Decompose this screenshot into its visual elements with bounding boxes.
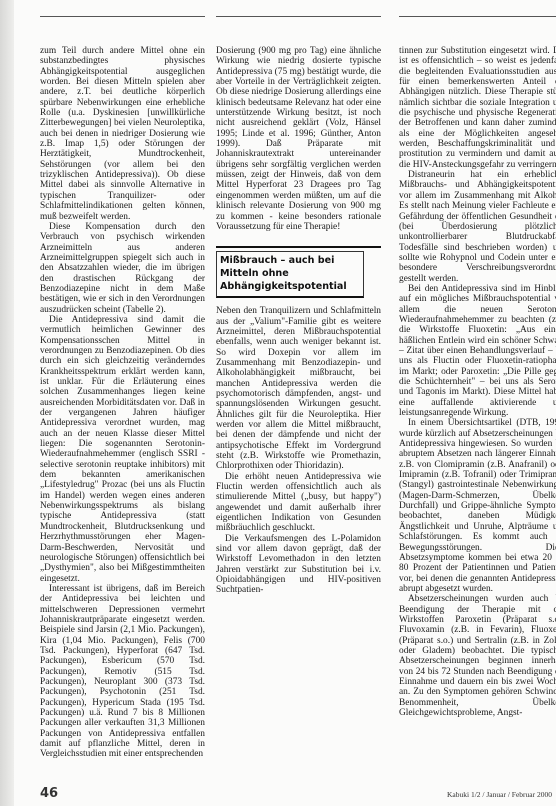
section-heading-box: Mißbrauch – auch bei Mitteln ohne Abhäng… <box>216 246 381 298</box>
text-column-3: tinnen zur Substitution eingesetzt wird.… <box>399 46 556 718</box>
issue-footer: Kabuki 1/2 / Januar / Februar 2000 <box>447 790 552 799</box>
column-rule-2 <box>216 16 381 17</box>
paragraph: tinnen zur Substitution eingesetzt wird.… <box>399 46 556 170</box>
column-rule-3 <box>399 16 556 17</box>
paragraph: Distraneurin hat ein erhebliches Mißbrau… <box>399 170 556 284</box>
scan-edge-shadow <box>0 0 14 806</box>
paragraph: Absetzerscheinungen wurden auch bei Been… <box>399 594 556 718</box>
text-column-2: Dosierung (900 mg pro Tag) eine ähnliche… <box>216 46 381 596</box>
column-rule-1 <box>40 16 205 17</box>
section-heading: Mißbrauch – auch bei Mitteln ohne Abhäng… <box>216 251 364 298</box>
magazine-page: zum Teil durch andere Mittel ohne ein su… <box>14 0 556 806</box>
paragraph: Die erhöht neuen Antidepressiva wie Fluc… <box>216 472 381 534</box>
paragraph: Die Verkaufsmengen des L-Polamidon sind … <box>216 534 381 596</box>
paragraph: Die Antidepressiva sind damit die vermut… <box>40 315 205 584</box>
paragraph: Diese Kompensation durch den Verbrauch v… <box>40 222 205 315</box>
paragraph: In einem Übersichtsartikel (DTB, 1999) w… <box>399 418 556 594</box>
page-number: 46 <box>40 786 58 801</box>
paragraph: Interessant ist übrigens, daß im Bereich… <box>40 584 205 760</box>
paragraph: Neben den Tranquilizern und Schlafmittel… <box>216 306 381 472</box>
text-column-1: zum Teil durch andere Mittel ohne ein su… <box>40 46 205 760</box>
paragraph: Bei den Antidepressiva sind im Hinblick … <box>399 284 556 418</box>
paragraph: Dosierung (900 mg pro Tag) eine ähnliche… <box>216 46 381 232</box>
paragraph: zum Teil durch andere Mittel ohne ein su… <box>40 46 205 222</box>
